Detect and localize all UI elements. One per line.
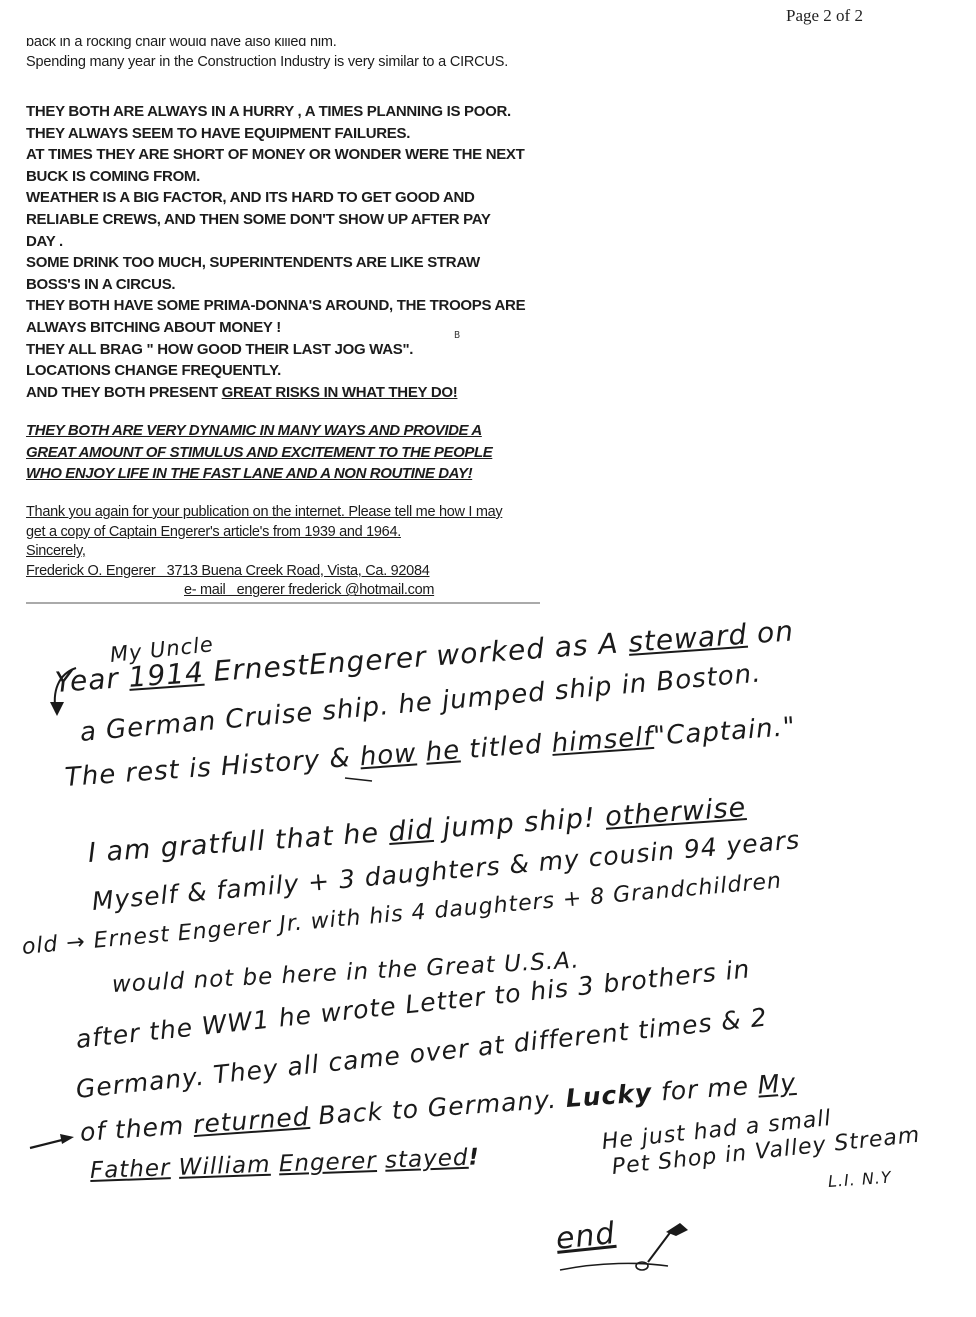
hw-himself: himself xyxy=(551,722,655,759)
list-line: RELIABLE CREWS, AND THEN SOME DON'T SHOW… xyxy=(26,209,706,231)
hw-returned: returned xyxy=(192,1102,310,1139)
list-line: THEY ALL BRAG " HOW GOOD THEIR LAST JOG … xyxy=(26,339,706,361)
email-line[interactable]: e- mail engerer frederick @hotmail.com xyxy=(26,581,706,601)
end-dot-icon xyxy=(636,1262,648,1270)
hw-steward: steward xyxy=(627,618,748,659)
name-address: Frederick O. Engerer 3713 Buena Creek Ro… xyxy=(26,562,706,582)
hw-captain: "Captain." xyxy=(652,712,796,752)
hw-how: how xyxy=(359,738,418,772)
list-line-text: THEY ALL BRAG " HOW GOOD THEIR LAST JOG … xyxy=(26,341,413,358)
dynamic-paragraph: THEY BOTH ARE VERY DYNAMIC IN MANY WAYS … xyxy=(26,420,706,485)
clipped-line: back in a rocking chair would have also … xyxy=(26,38,706,52)
end-flourish-icon xyxy=(560,1263,668,1270)
hw-end-text: end xyxy=(554,1216,617,1257)
list-line: THEY ALWAYS SEEM TO HAVE EQUIPMENT FAILU… xyxy=(26,123,706,145)
list-line: BUCK IS COMING FROM. xyxy=(26,166,706,188)
hw-text: I am gratfull that he xyxy=(87,817,390,869)
page-indicator: Page 2 of 2 xyxy=(786,6,863,26)
hw-my: My xyxy=(757,1068,797,1100)
list-line: ALWAYS BITCHING ABOUT MONEY ! xyxy=(26,317,706,339)
list-line: THEY BOTH HAVE SOME PRIMA-DONNA'S AROUND… xyxy=(26,295,706,317)
hw-end: end xyxy=(554,1216,617,1257)
list-line-prefix: AND THEY BOTH PRESENT xyxy=(26,384,222,401)
dynamic-line: THEY BOTH ARE VERY DYNAMIC IN MANY WAYS … xyxy=(26,420,706,442)
hw-exclamation: ! xyxy=(468,1144,480,1170)
hw-he: he xyxy=(425,735,461,767)
hw-father: Father xyxy=(90,1155,171,1184)
margin-arrow-icon xyxy=(30,1138,70,1148)
clipped-line-text: back in a rocking chair would have also … xyxy=(26,38,706,52)
hw-engerer: Engerer xyxy=(278,1148,377,1177)
hw-lucky: Lucky xyxy=(565,1078,653,1113)
closing-block: Thank you again for your publication on … xyxy=(26,503,706,601)
hw-text: on xyxy=(746,614,795,650)
list-line: DAY . xyxy=(26,231,706,253)
list-line: AT TIMES THEY ARE SHORT OF MONEY OR WOND… xyxy=(26,144,706,166)
hw-text: for me xyxy=(651,1071,759,1107)
list-line: WEATHER IS A BIG FACTOR, AND ITS HARD TO… xyxy=(26,187,706,209)
hw-did: did xyxy=(387,814,434,848)
hw-william: William xyxy=(178,1152,271,1181)
intro-paragraph: back in a rocking chair would have also … xyxy=(26,42,706,73)
list-line: LOCATIONS CHANGE FREQUENTLY. xyxy=(26,360,706,382)
hw-line-14: L.I. N.Y xyxy=(827,1168,892,1191)
hw-year: 1914 xyxy=(127,656,204,694)
sign-off: Sincerely, xyxy=(26,542,706,562)
dynamic-line: WHO ENJOY LIFE IN THE FAST LANE AND A NO… xyxy=(26,463,706,485)
hw-text: Back to Germany. xyxy=(308,1084,566,1131)
thanks-line-1: Thank you again for your publication on … xyxy=(26,503,706,523)
intro-line: Spending many year in the Construction I… xyxy=(26,52,706,73)
end-feather-icon xyxy=(666,1223,688,1236)
hw-text: titled xyxy=(459,729,553,765)
arrowhead-icon xyxy=(50,702,64,716)
hw-line-11: Father William Engerer stayed! xyxy=(90,1144,481,1184)
arrowhead-icon xyxy=(60,1134,74,1144)
thanks-line-2: get a copy of Captain Engerer's article'… xyxy=(26,523,706,543)
list-line-last: AND THEY BOTH PRESENT GREAT RISKS IN WHA… xyxy=(26,382,706,404)
hw-text: jump ship! xyxy=(432,802,606,845)
great-risks-underlined: GREAT RISKS IN WHAT THEY DO! xyxy=(222,384,458,401)
hw-text: The rest is History & xyxy=(64,742,361,793)
end-exclamation-icon xyxy=(648,1230,672,1262)
list-line: SOME DRINK TOO MUCH, SUPERINTENDENTS ARE… xyxy=(26,252,706,274)
hw-text: Year xyxy=(54,661,130,699)
hw-text: of them xyxy=(79,1110,194,1147)
hw-stayed: stayed xyxy=(385,1145,469,1174)
hw-otherwise: otherwise xyxy=(604,792,747,833)
handwritten-correction: B xyxy=(454,325,460,347)
circus-comparison-list: THEY BOTH ARE ALWAYS IN A HURRY , A TIME… xyxy=(26,101,706,403)
list-line: THEY BOTH ARE ALWAYS IN A HURRY , A TIME… xyxy=(26,101,706,123)
dynamic-line: GREAT AMOUNT OF STIMULUS AND EXCITEMENT … xyxy=(26,442,706,464)
list-line: BOSS'S IN A CIRCUS. xyxy=(26,274,706,296)
underline-arrow-icon xyxy=(345,778,372,781)
